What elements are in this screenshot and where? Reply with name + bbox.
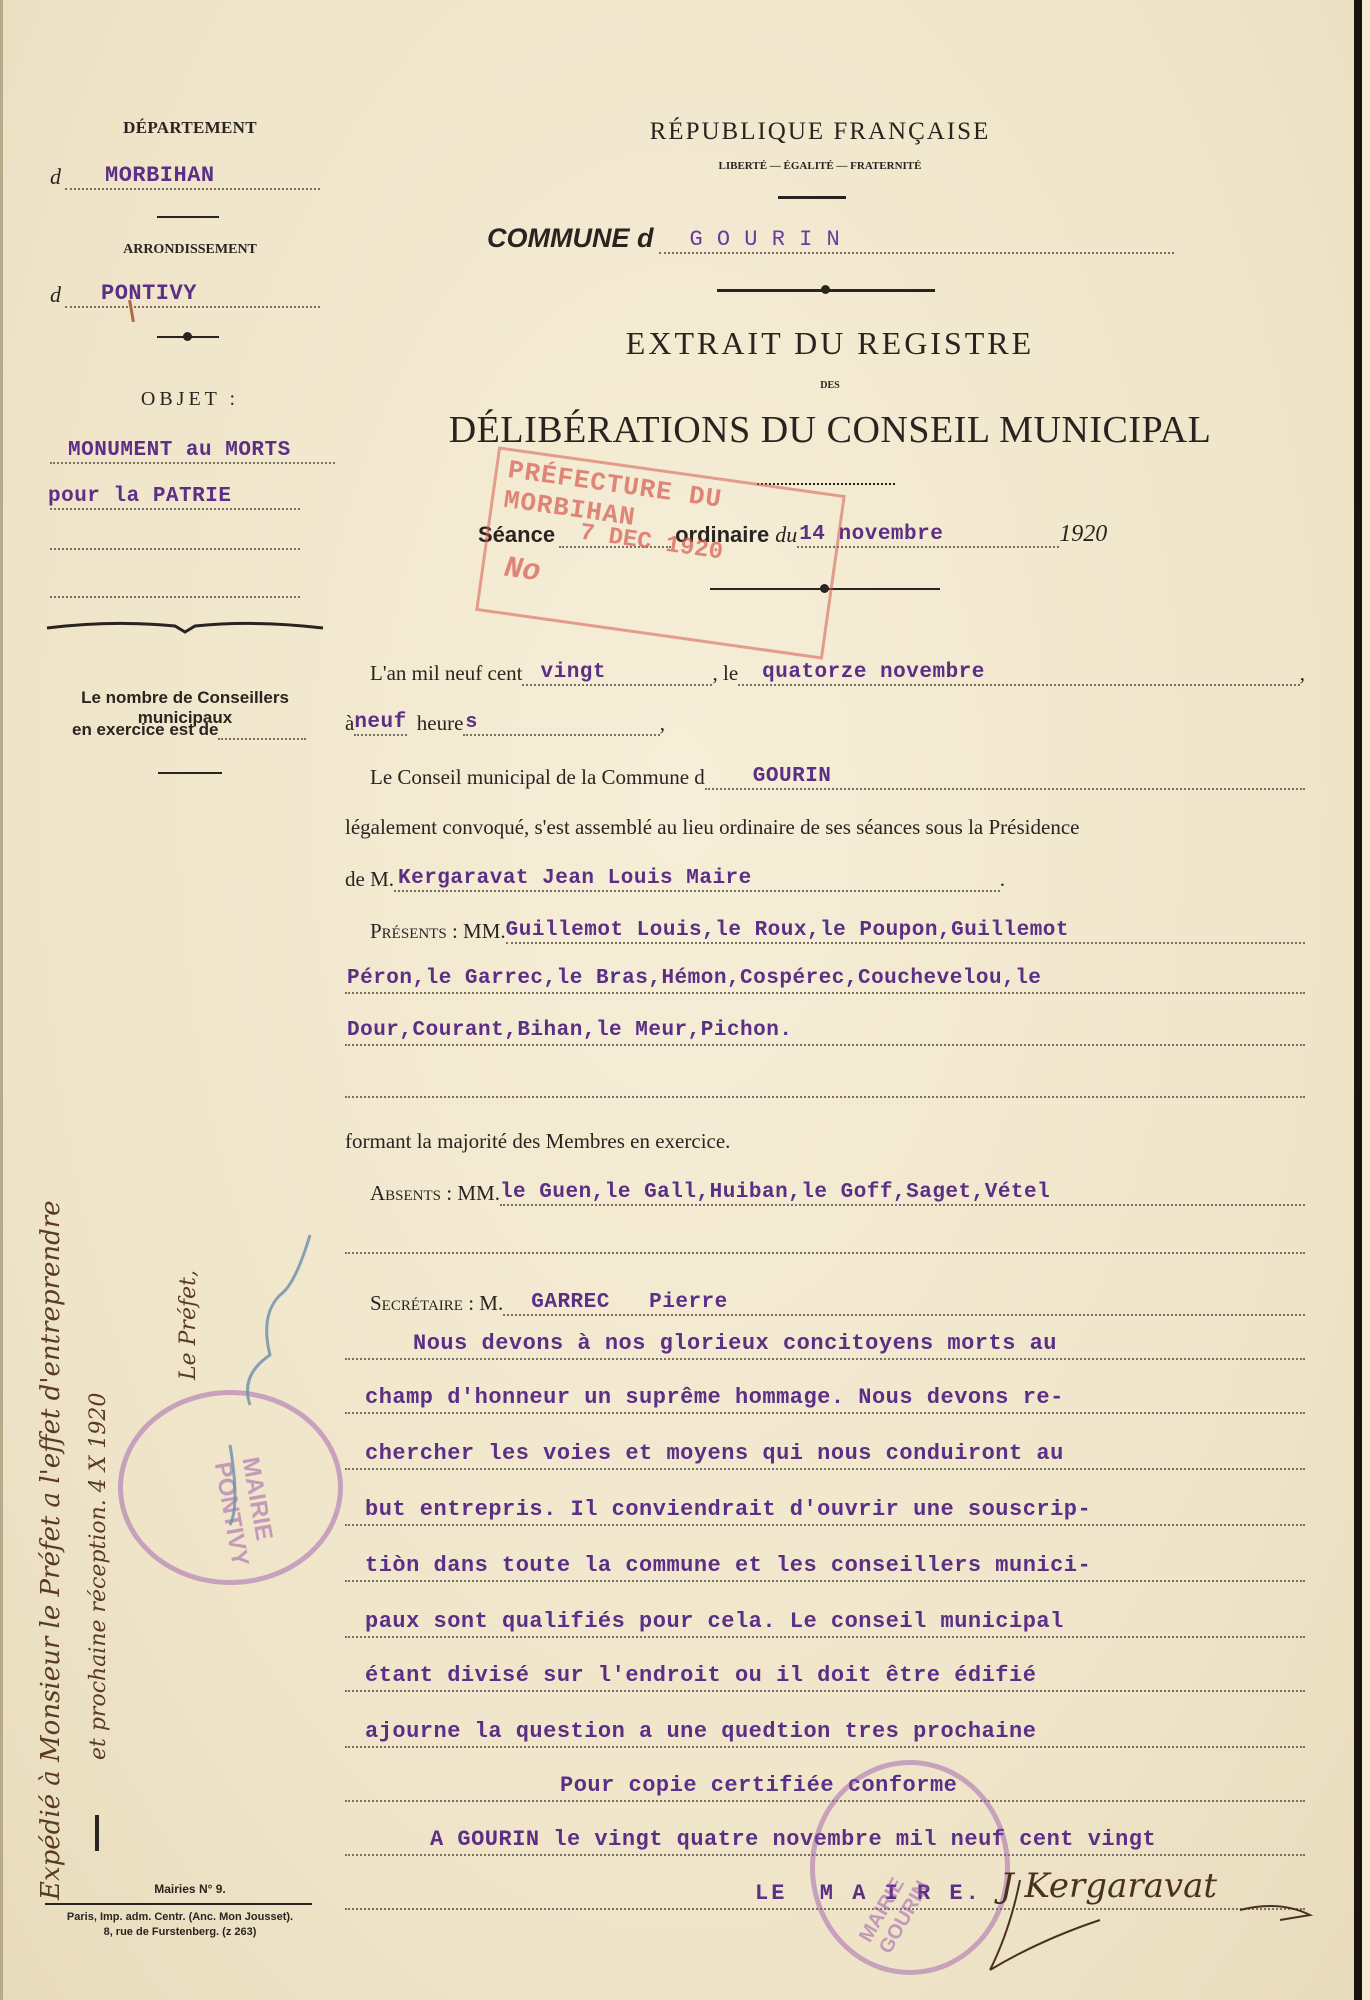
title-extrait: EXTRAIT DU REGISTRE (480, 325, 1180, 362)
absents-value-1: le Guen,le Gall,Huiban,le Goff,Saget,Vét… (500, 1181, 1050, 1204)
objet-line-2: pour la PATRIE (50, 478, 300, 510)
page-left-edge (0, 0, 3, 2000)
divider (157, 216, 219, 218)
footer-rule (45, 1903, 312, 1905)
seance-year: 1920 (1059, 521, 1107, 548)
objet-label: OBJET : (60, 388, 320, 411)
an-field: vingt (522, 654, 712, 686)
presents-line-2: Péron,le Garrec,le Bras,Hémon,Cospérec,C… (345, 952, 1305, 994)
certifie-line: Pour copie certifiée conforme (345, 1760, 1305, 1802)
secretaire-value: GARREC Pierre (531, 1291, 728, 1314)
presents-value-3: Dour,Courant,Bihan,le Meur,Pichon. (347, 1019, 792, 1042)
ornament-divider (157, 336, 219, 338)
president-line: de M. Kergaravat Jean Louis Maire . (345, 858, 1005, 892)
deliberation-text: ajourne la question a une quedtion tres … (365, 1719, 1036, 1744)
printer-line-1: Paris, Imp. adm. Centr. (Anc. Mon Jousse… (30, 1910, 330, 1925)
heure-label: heure (417, 711, 464, 736)
majorite-text: formant la majorité des Membres en exerc… (345, 1129, 730, 1154)
arrondissement-label: ARRONDISSEMENT (60, 242, 320, 258)
majorite-line: formant la majorité des Membres en exerc… (345, 1120, 1305, 1154)
conseillers-line-2: en exercice est de (72, 720, 306, 740)
deliberation-line-1: Nous devons à nos glorieux concitoyens m… (345, 1318, 1305, 1360)
margin-note-line-1: Expédié à Monsieur le Préfet a l'effet d… (36, 1200, 66, 1900)
presents-label: Présents : MM. (370, 919, 506, 944)
conseil-line: Le Conseil municipal de la Commune d GOU… (345, 756, 1305, 790)
deliberation-text: paux sont qualifiés pour cela. Le consei… (365, 1609, 1064, 1634)
presents-value-2: Péron,le Garrec,le Bras,Hémon,Cospérec,C… (347, 967, 1041, 990)
convoque-line: légalement convoqué, s'est assemblé au l… (345, 806, 1305, 840)
document-page: DÉPARTEMENT d MORBIHAN ARRONDISSEMENT d … (0, 0, 1362, 2000)
absents-line-2 (345, 1212, 1305, 1254)
conseillers-value (218, 720, 306, 740)
republic-motto: LIBERTÉ — ÉGALITÉ — FRATERNITÉ (600, 160, 1040, 172)
deliberation-line-7: étant divisé sur l'endroit ou il doit êt… (345, 1650, 1305, 1692)
form-number: Mairies N° 9. (40, 1882, 340, 1896)
le-value: quatorze novembre (762, 661, 985, 684)
divider (778, 196, 846, 199)
printer-line-2: 8, rue de Furstenberg. (z 263) (30, 1925, 330, 1940)
deliberation-line-4: but entrepris. Il conviendrait d'ouvrir … (345, 1484, 1305, 1526)
printer-info: Paris, Imp. adm. Centr. (Anc. Mon Jousse… (30, 1910, 330, 1940)
presents-value-1: Guillemot Louis,le Roux,le Poupon,Guille… (506, 919, 1069, 942)
deliberation-line-2: champ d'honneur un suprême hommage. Nous… (345, 1372, 1305, 1414)
presents-line-3: Dour,Courant,Bihan,le Meur,Pichon. (345, 1004, 1305, 1046)
departement-prefix: d (50, 164, 61, 190)
le-label: , le (712, 661, 738, 686)
brace-ornament (45, 618, 325, 638)
arrondissement-field: d PONTIVY (50, 278, 320, 308)
departement-value: MORBIHAN (105, 163, 215, 188)
presents-line-1: Présents : MM. Guillemot Louis,le Roux,l… (345, 910, 1305, 944)
de-m-label: de M. (345, 867, 394, 892)
departement-field: d MORBIHAN (50, 160, 320, 190)
heure-field: s (463, 704, 659, 736)
prefecture-stamp: PRÉFECTURE DU MORBIHAN 7 DEC 1920 No (475, 446, 846, 659)
deliberation-line-6: paux sont qualifiés pour cela. Le consei… (345, 1596, 1305, 1638)
deliberation-line-8: ajourne la question a une quedtion tres … (345, 1706, 1305, 1748)
convoque-text: légalement convoqué, s'est assemblé au l… (345, 815, 1079, 840)
page-right-edge (1354, 0, 1362, 2000)
deliberation-text: chercher les voies et moyens qui nous co… (365, 1441, 1064, 1466)
divider (158, 772, 222, 774)
arrondissement-prefix: d (50, 282, 61, 308)
lieu-date-text: A GOURIN le vingt quatre novembre mil ne… (430, 1827, 1156, 1852)
an-line: L'an mil neuf cent vingt , le quatorze n… (345, 652, 1305, 686)
objet-value-1: MONUMENT au MORTS (68, 439, 291, 462)
commune-line: G O U R I N (659, 222, 1174, 254)
deliberation-text: Nous devons à nos glorieux concitoyens m… (413, 1331, 1057, 1356)
commune-label: COMMUNE d (487, 223, 653, 254)
arrondissement-value: PONTIVY (101, 281, 197, 306)
conseil-label: Le Conseil municipal de la Commune d (370, 765, 705, 790)
conseillers-label: en exercice est de (72, 720, 218, 740)
republic-heading: RÉPUBLIQUE FRANÇAISE (600, 118, 1040, 146)
objet-value-2: pour la PATRIE (48, 485, 231, 508)
commune-field: COMMUNE d G O U R I N (487, 222, 1174, 254)
deliberation-text: but entrepris. Il conviendrait d'ouvrir … (365, 1497, 1091, 1522)
an-label: L'an mil neuf cent (370, 661, 522, 686)
conseil-field: GOURIN (705, 758, 1305, 790)
deliberation-text: champ d'honneur un suprême hommage. Nous… (365, 1385, 1064, 1410)
deliberation-line-5: tiòn dans toute la commune et les consei… (345, 1540, 1305, 1582)
title-deliberations: DÉLIBÉRATIONS DU CONSEIL MUNICIPAL (370, 408, 1290, 452)
margin-note-line-2: et prochaine réception. 4 X 1920 (86, 1393, 111, 1760)
heure-suffix: s (465, 711, 478, 734)
heure-value: neuf (354, 711, 406, 736)
title-des: DES (480, 380, 1180, 391)
prefecture-stamp-number: No (502, 552, 542, 591)
le-field: quatorze novembre (738, 654, 1300, 686)
objet-line-3 (50, 528, 300, 550)
objet-line-4 (50, 576, 300, 598)
secretaire-label: Secrétaire : M. (370, 1291, 503, 1316)
presents-line-4 (345, 1056, 1305, 1098)
absents-label: Absents : MM. (370, 1181, 500, 1206)
departement-label: DÉPARTEMENT (60, 118, 320, 138)
objet-line-1: MONUMENT au MORTS (50, 432, 335, 464)
president-value: Kergaravat Jean Louis Maire (398, 867, 752, 890)
absents-line-1: Absents : MM. le Guen,le Gall,Huiban,le … (345, 1172, 1305, 1206)
an-value: vingt (540, 661, 606, 684)
deliberation-line-3: chercher les voies et moyens qui nous co… (345, 1428, 1305, 1470)
mairie-stamp-right-text: MAIRIE GOURIN (855, 1805, 970, 1958)
blue-pencil-mark (200, 1225, 340, 1545)
commune-value: G O U R I N (689, 227, 840, 252)
signature-flourish (980, 1870, 1330, 1980)
heure-line: à neuf heure s , (345, 702, 665, 736)
a-label: à (345, 711, 354, 736)
ornament-divider (717, 289, 935, 292)
margin-note-line-3: Le Préfet, (176, 1270, 201, 1380)
margin-tick (95, 1815, 99, 1851)
secretaire-line: Secrétaire : M. GARREC Pierre (345, 1282, 1305, 1316)
conseil-value: GOURIN (753, 765, 832, 788)
deliberation-text: tiòn dans toute la commune et les consei… (365, 1553, 1091, 1578)
president-field: Kergaravat Jean Louis Maire (394, 860, 1000, 892)
deliberation-text: étant divisé sur l'endroit ou il doit êt… (365, 1663, 1036, 1688)
